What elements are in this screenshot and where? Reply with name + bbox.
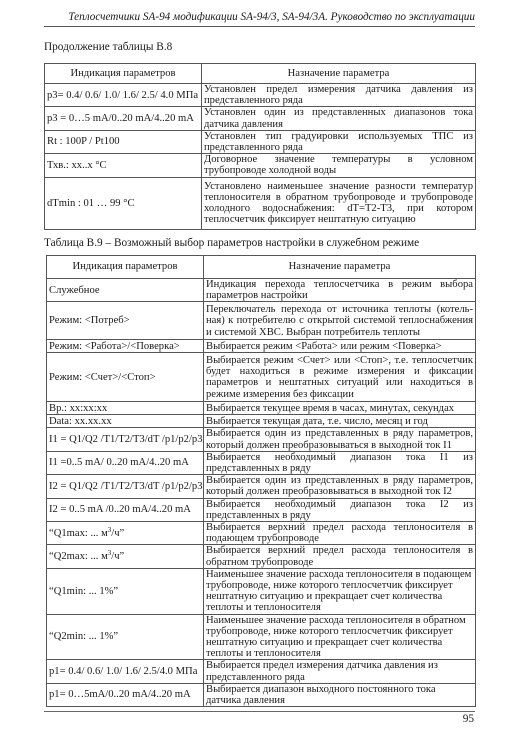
table-row: p3 = 0…5 mA/0..20 mA/4..20 mA Установлен…	[45, 107, 476, 130]
purpose-cell: Выбирается режим <Счет> или <Стоп>, т.е.…	[204, 353, 476, 402]
indication-cell: Вр.: хх:хх:хх	[47, 402, 204, 415]
table-row: I2 = 0..5 mA /0..20 mA/4..20 mA Выбирает…	[47, 498, 476, 521]
footer-divider	[44, 711, 475, 712]
running-header: Теплосчетчики SA-94 модификации SA-94/3,…	[44, 10, 475, 27]
indication-cell: p3= 0.4/ 0.6/ 1.0/ 1.6/ 2.5/ 4.0 МПа	[45, 84, 202, 107]
table-row: Data: хх.хх.хх Выбирается текущая дата, …	[47, 415, 476, 428]
indication-cell: Rt : 100P / Pt100	[45, 130, 202, 153]
column-header-indication: Индикация параметров	[45, 64, 202, 84]
indication-cell: I1 = Q1/Q2 /T1/T2/T3/dT /p1/p2/p3	[47, 428, 204, 451]
purpose-cell: Договорное значение температуры в условн…	[202, 154, 476, 177]
indication-cell: Служебное	[47, 279, 204, 302]
indication-cell: Data: хх.хх.хх	[47, 415, 204, 428]
table-row: Rt : 100P / Pt100 Установлен тип градуир…	[45, 130, 476, 153]
indication-cell: “Q1min: ... 1%”	[47, 568, 204, 614]
column-header-purpose: Назначение параметра	[202, 64, 476, 84]
table-row: I1 = Q1/Q2 /T1/T2/T3/dT /p1/p2/p3 Выбира…	[47, 428, 476, 451]
table-row: “Q1max: ... м3/ч” Выбирается верхний пре…	[47, 522, 476, 545]
indication-cell: p1= 0.4/ 0.6/ 1.0/ 1.6/ 2.5/4.0 МПа	[47, 660, 204, 683]
purpose-cell: Установлен тип градуировки используемых …	[202, 130, 476, 153]
purpose-cell: Выбирается диапазон выходного постоянног…	[204, 683, 476, 706]
table-row: “Q2max: ... м3/ч” Выбирается верхний пре…	[47, 545, 476, 568]
purpose-cell: Выбирается текущая дата, т.е. число, мес…	[204, 415, 476, 428]
table-row: Вр.: хх:хх:хх Выбирается текущее время в…	[47, 402, 476, 415]
table-b9: Индикация параметров Назначение параметр…	[46, 255, 476, 707]
table-row: “Q2min: ... 1%” Наименьшее значение расх…	[47, 614, 476, 660]
table-header-row: Индикация параметров Назначение параметр…	[45, 64, 476, 84]
purpose-cell: Выбирается верхний предел расхода теплон…	[204, 545, 476, 568]
purpose-cell: Выбирается верхний предел расхода теплон…	[204, 522, 476, 545]
indication-cell: “Q2min: ... 1%”	[47, 614, 204, 660]
purpose-cell: Установлен один из представленных диапаз…	[202, 107, 476, 130]
table-row: p3= 0.4/ 0.6/ 1.0/ 1.6/ 2.5/ 4.0 МПа Уст…	[45, 84, 476, 107]
table-b9-caption: Таблица В.9 – Возможный выбор параметров…	[44, 236, 419, 250]
purpose-cell: Выбирается один из представленных в ряду…	[204, 475, 476, 498]
purpose-cell: Выбирается текущее время в часах, минута…	[204, 402, 476, 415]
indication-cell: dTmin : 01 … 99 °С	[45, 177, 202, 229]
indication-cell: I1 =0..5 mA/ 0..20 mA/4..20 mA	[47, 451, 204, 474]
table-row: p1= 0…5mA/0..20 mA/4..20 mA Выбирается д…	[47, 683, 476, 706]
table-row: Режим: <Счет>/<Стоп> Выбирается режим <С…	[47, 353, 476, 402]
indication-cell: Режим: <Потреб>	[47, 302, 204, 340]
indication-cell: “Q1max: ... м3/ч”	[47, 522, 204, 545]
indication-cell: I2 = Q1/Q2 /T1/T2/T3/dT /p1/p2/p3	[47, 475, 204, 498]
purpose-cell: Индикация перехода теплосчетчика в режим…	[204, 279, 476, 302]
purpose-cell: Наименьшее значение расхода теплоносител…	[204, 614, 476, 660]
purpose-cell: Выбирается один из представленных в ряду…	[204, 428, 476, 451]
page-number: 95	[463, 713, 474, 726]
table-b8: Индикация параметров Назначение параметр…	[44, 63, 476, 230]
purpose-cell: Выбирается режим <Работа> или режим <Пов…	[204, 340, 476, 353]
table-row: I2 = Q1/Q2 /T1/T2/T3/dT /p1/p2/p3 Выбира…	[47, 475, 476, 498]
table-row: Служебное Индикация перехода теплосчетчи…	[47, 279, 476, 302]
table-row: Режим: <Потреб> Переключатель перехода о…	[47, 302, 476, 340]
table-row: p1= 0.4/ 0.6/ 1.0/ 1.6/ 2.5/4.0 МПа Выби…	[47, 660, 476, 683]
purpose-cell: Выбирается необходимый диапазон тока I1 …	[204, 451, 476, 474]
column-header-indication: Индикация параметров	[47, 256, 204, 279]
table-row: I1 =0..5 mA/ 0..20 mA/4..20 mA Выбираетс…	[47, 451, 476, 474]
table-row: Режим: <Работа>/<Поверка> Выбирается реж…	[47, 340, 476, 353]
indication-cell: Тхв.: хх..х °С	[45, 154, 202, 177]
purpose-cell: Выбирается необходимый диапазон тока I2 …	[204, 498, 476, 521]
table-b8-caption: Продолжение таблицы В.8	[44, 40, 172, 54]
purpose-cell: Установлен предел измерения датчика давл…	[202, 84, 476, 107]
table-header-row: Индикация параметров Назначение параметр…	[47, 256, 476, 279]
purpose-cell: Выбирается предел измерения датчика давл…	[204, 660, 476, 683]
column-header-purpose: Назначение параметра	[204, 256, 476, 279]
table-row: dTmin : 01 … 99 °С Установлено наименьше…	[45, 177, 476, 229]
purpose-cell: Наименьшее значение расхода теплоносител…	[204, 568, 476, 614]
purpose-cell: Переключатель перехода от источника тепл…	[204, 302, 476, 340]
indication-cell: “Q2max: ... м3/ч”	[47, 545, 204, 568]
indication-cell: Режим: <Счет>/<Стоп>	[47, 353, 204, 402]
table-row: “Q1min: ... 1%” Наименьшее значение расх…	[47, 568, 476, 614]
purpose-cell: Установлено наименьшее значение разности…	[202, 177, 476, 229]
indication-cell: Режим: <Работа>/<Поверка>	[47, 340, 204, 353]
indication-cell: p3 = 0…5 mA/0..20 mA/4..20 mA	[45, 107, 202, 130]
indication-cell: I2 = 0..5 mA /0..20 mA/4..20 mA	[47, 498, 204, 521]
table-row: Тхв.: хх..х °С Договорное значение темпе…	[45, 154, 476, 177]
indication-cell: p1= 0…5mA/0..20 mA/4..20 mA	[47, 683, 204, 706]
